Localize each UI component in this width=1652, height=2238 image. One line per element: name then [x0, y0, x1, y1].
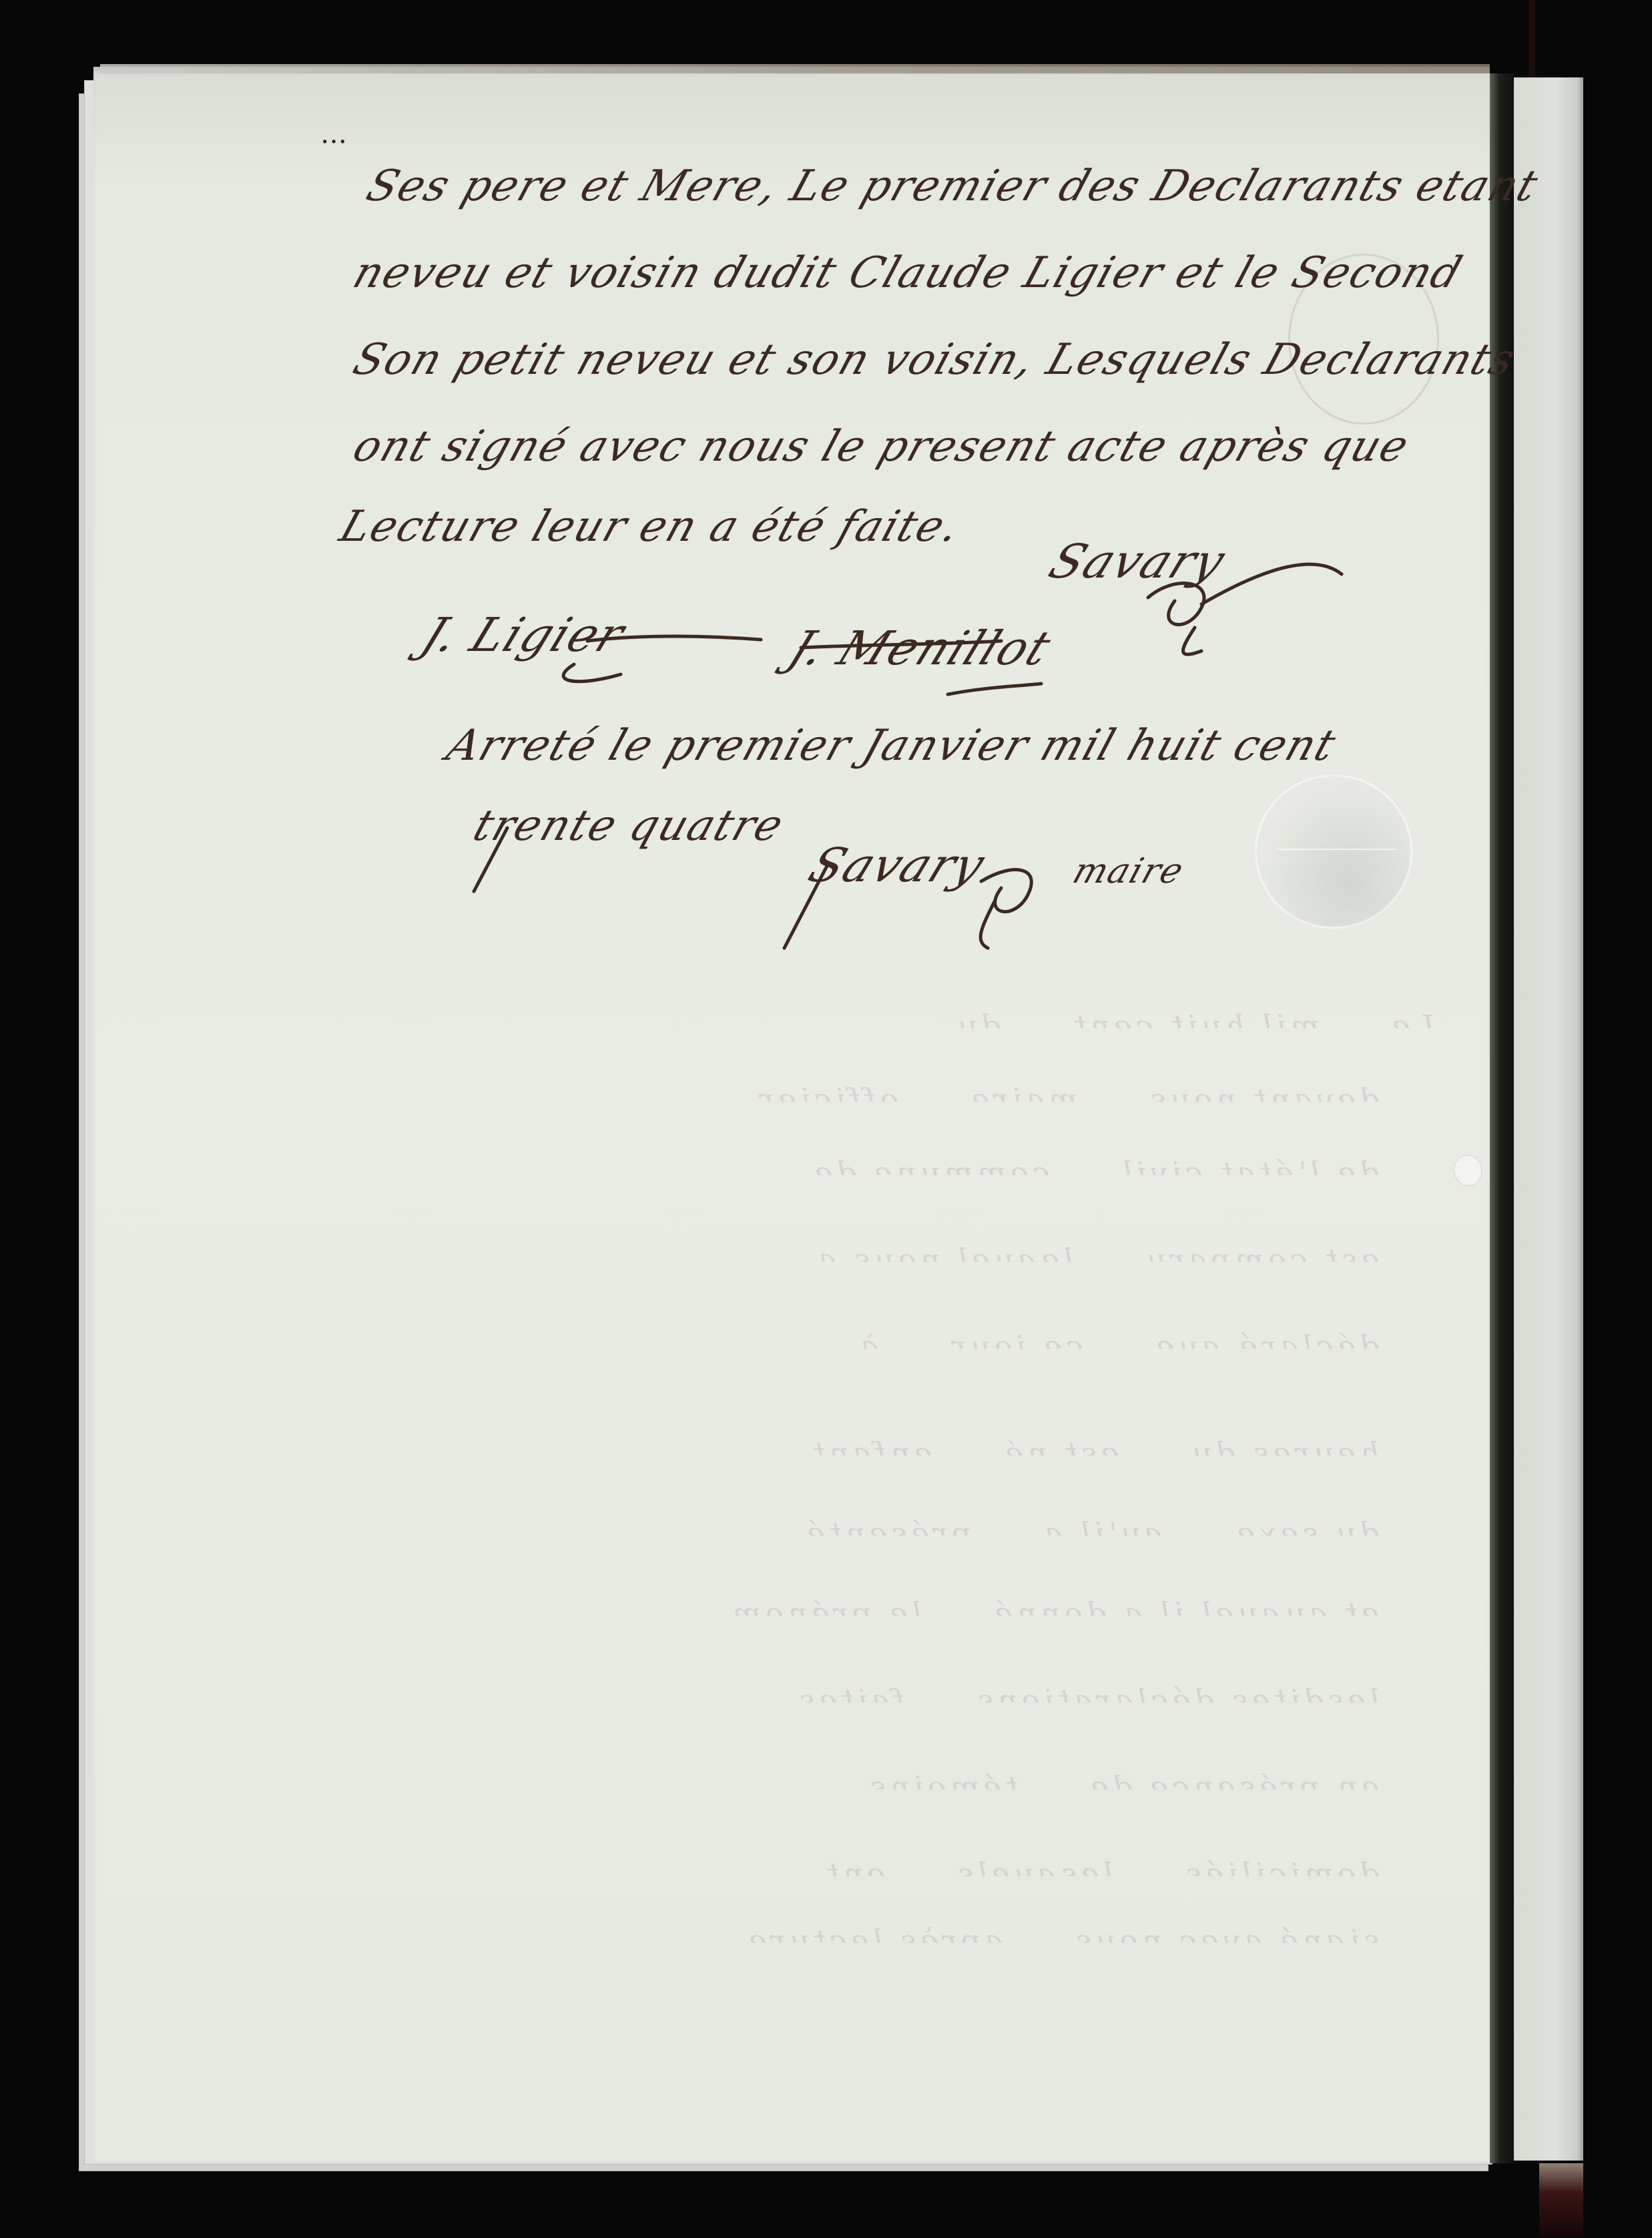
bleed-through-line: ... domiciliés ... lesquels ... ont ...	[200, 1856, 1435, 1876]
bleed-through-line: Le ... mil huit cent ... du ...	[200, 1008, 1435, 1028]
bleed-through-line: ... lesdites déclarations ... faites ...	[200, 1683, 1435, 1703]
paper-hole	[1454, 1155, 1482, 1186]
bleed-through-line: ... du sexe ... qu'il a ... présenté ...	[200, 1516, 1435, 1536]
signature-flourishes-icon	[0, 0, 1652, 1001]
bleed-through-line: ... et auquel il a donné ... le prénom .…	[200, 1596, 1435, 1616]
bleed-through-line: ... devant nous ... maire ... officier	[200, 1082, 1435, 1102]
bleed-through-line: ... de l'état civil ... commune de ...	[200, 1155, 1435, 1175]
bleed-through-line: ... est comparu ... lequel nous a ...	[200, 1242, 1435, 1262]
bleed-through-line: ... déclaré que ... ce jour ... à ...	[200, 1329, 1435, 1349]
bleed-through-line: ... signé avec nous ... après lecture ..…	[200, 1923, 1435, 1943]
bleed-through-line: ... heures du ... est né ... enfant ...	[200, 1435, 1435, 1456]
bleed-through-line: ... en présence de ... témoins ...	[200, 1769, 1435, 1789]
torn-corner	[1539, 2163, 1583, 2237]
